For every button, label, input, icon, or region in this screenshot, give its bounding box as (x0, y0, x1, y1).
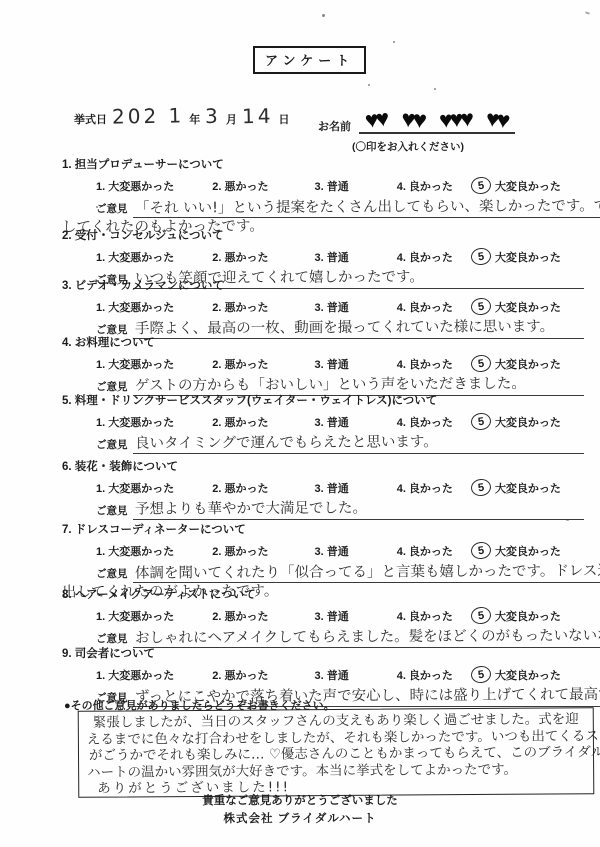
scan-speck (434, 88, 436, 90)
footer: 貴重なご意見ありがとうございました 株式会社 ブライダルハート (0, 792, 600, 826)
rating-option-5-selected: 5大変良かった (471, 607, 561, 624)
scan-speck (393, 41, 395, 43)
name-value-redacted: ♥♥ ♥♥ ♥♥♥ ♥♥ (359, 106, 515, 134)
rating-option-1: 1. 大変悪かった (96, 249, 174, 265)
rating-option-5-label: 大変良かった (495, 178, 561, 194)
rating-option-3: 3. 普通 (314, 178, 348, 194)
rating-option-4: 4. 良かった (397, 480, 453, 496)
scan-speck (585, 11, 590, 15)
question-section-1: 1. 担当プロデューサーについて 1. 大変悪かった 2. 悪かった 3. 普通… (62, 156, 584, 236)
comment-row: ご意見 体調を聞いてくれたり「似合ってる」と言葉も嬉しかったです。ドレス選び、ア… (96, 563, 584, 583)
section-title: 2. 受付・コンセルジュについて (62, 227, 584, 243)
rating-options: 1. 大変悪かった 2. 悪かった 3. 普通 4. 良かった 5大変良かった (96, 413, 584, 430)
rating-option-5-selected: 5大変良かった (471, 248, 561, 265)
wedding-date-day-suffix: 日 (278, 111, 289, 127)
rating-option-3: 3. 普通 (314, 667, 348, 683)
rating-option-5-label: 大変良かった (495, 299, 561, 315)
scan-speck (322, 14, 325, 17)
section-title: 4. お料理について (62, 334, 584, 350)
handwritten-comment: 予想よりも華やかで大満足でした。 (133, 500, 585, 520)
heart-scribble-icon: ♥♥♥ (438, 105, 471, 133)
comment-label: ご意見 (96, 201, 128, 218)
selection-circle-mark: 5 (470, 176, 492, 196)
wedding-date-day-value: 14 (242, 104, 274, 129)
rating-option-3: 3. 普通 (314, 543, 348, 559)
rating-option-3: 3. 普通 (314, 299, 348, 315)
section-title: 8. ヘアーメイクアーティストについて (62, 586, 584, 602)
handwritten-comment: 体調を聞いてくれたり「似合ってる」と言葉も嬉しかったです。ドレス選び、アクセサリ… (133, 563, 600, 583)
comment-label: ご意見 (96, 503, 128, 520)
rating-option-1: 1. 大変悪かった (96, 480, 174, 496)
rating-option-1: 1. 大変悪かった (96, 299, 174, 315)
rating-options: 1. 大変悪かった 2. 悪かった 3. 普通 4. 良かった 5大変良かった (96, 542, 584, 559)
selection-circle-mark: 5 (470, 412, 492, 432)
rating-option-1: 1. 大変悪かった (96, 608, 174, 624)
section-title: 9. 司会者について (62, 645, 584, 661)
heart-scribble-icon: ♥♥ (400, 105, 424, 134)
rating-option-1: 1. 大変悪かった (96, 356, 174, 372)
rating-option-2: 2. 悪かった (212, 299, 268, 315)
rating-option-5-selected: 5大変良かった (471, 355, 561, 372)
name-label: お名前 (318, 118, 351, 134)
rating-option-5-label: 大変良かった (495, 249, 561, 265)
rating-options: 1. 大変悪かった 2. 悪かった 3. 普通 4. 良かった 5大変良かった (96, 479, 584, 496)
selection-circle-mark: 5 (470, 354, 492, 374)
wedding-date-month-suffix: 月 (226, 111, 237, 127)
question-section-6: 6. 装花・装飾について 1. 大変悪かった 2. 悪かった 3. 普通 4. … (62, 458, 584, 520)
rating-option-4: 4. 良かった (397, 667, 453, 683)
rating-option-4: 4. 良かった (397, 414, 453, 430)
survey-page: アンケート 挙式日 202 1 年 3 月 14 日 お名前 ♥♥ ♥♥ ♥♥♥… (0, 0, 600, 847)
rating-option-5-label: 大変良かった (495, 608, 561, 624)
rating-option-4: 4. 良かった (397, 178, 453, 194)
handwritten-comment: 良いタイミングで運んでもらえたと思います。 (133, 434, 585, 454)
selection-circle-mark: 5 (470, 478, 492, 498)
rating-option-5-label: 大変良かった (495, 480, 561, 496)
name-field: お名前 ♥♥ ♥♥ ♥♥♥ ♥♥ (318, 106, 515, 134)
rating-option-3: 3. 普通 (314, 414, 348, 430)
rating-option-1: 1. 大変悪かった (96, 543, 174, 559)
wedding-date-line: 挙式日 202 1 年 3 月 14 日 (74, 104, 289, 128)
selection-circle-mark: 5 (470, 541, 492, 561)
rating-options: 1. 大変悪かった 2. 悪かった 3. 普通 4. 良かった 5大変良かった (96, 607, 584, 624)
section-title: 3. ビデオ・カメラマンについて (62, 277, 584, 293)
rating-option-3: 3. 普通 (314, 480, 348, 496)
heart-scribble-icon: ♥♥ (485, 105, 509, 133)
comment-label: ご意見 (96, 566, 128, 583)
rating-options: 1. 大変悪かった 2. 悪かった 3. 普通 4. 良かった 5大変良かった (96, 666, 584, 683)
section-title: 1. 担当プロデューサーについて (62, 156, 584, 172)
rating-options: 1. 大変悪かった 2. 悪かった 3. 普通 4. 良かった 5大変良かった (96, 298, 584, 315)
selection-circle-mark: 5 (470, 665, 492, 685)
survey-title: アンケート (253, 46, 366, 74)
rating-option-2: 2. 悪かった (212, 414, 268, 430)
rating-option-5-label: 大変良かった (495, 356, 561, 372)
wedding-date-month-value: 3 (205, 104, 221, 128)
question-section-5: 5. 料理・ドリンクサービススタッフ(ウェイター・ウェイトレス)について 1. … (62, 392, 584, 454)
selection-circle-mark: 5 (470, 297, 492, 317)
rating-option-4: 4. 良かった (397, 356, 453, 372)
rating-option-1: 1. 大変悪かった (96, 178, 174, 194)
rating-option-5-selected: 5大変良かった (471, 666, 561, 683)
handwritten-comment: 「それ いい!」という提案をたくさん出してもらい、楽しかったです。でも私たちの意… (133, 198, 600, 218)
rating-option-5-selected: 5大変良かった (471, 413, 561, 430)
rating-option-2: 2. 悪かった (212, 608, 268, 624)
footer-thanks-text: 貴重なご意見ありがとうございました (0, 792, 600, 808)
rating-option-5-selected: 5大変良かった (471, 542, 561, 559)
rating-option-1: 1. 大変悪かった (96, 414, 174, 430)
selection-circle-mark: 5 (470, 606, 492, 626)
question-section-8: 8. ヘアーメイクアーティストについて 1. 大変悪かった 2. 悪かった 3.… (62, 586, 584, 648)
rating-option-5-label: 大変良かった (495, 667, 561, 683)
heart-scribble-icon: ♥♥ (363, 105, 387, 133)
rating-option-4: 4. 良かった (397, 608, 453, 624)
selection-circle-mark: 5 (470, 247, 492, 267)
rating-option-4: 4. 良かった (397, 249, 453, 265)
rating-option-3: 3. 普通 (314, 608, 348, 624)
comment-row: ご意見 予想よりも華やかで大満足でした。 (96, 500, 584, 520)
handwritten-other-line: ハートの温かい雰囲気が大好きです。本当に挙式をしてよかったです。 (87, 761, 585, 781)
question-section-4: 4. お料理について 1. 大変悪かった 2. 悪かった 3. 普通 4. 良か… (62, 334, 584, 396)
rating-option-5-label: 大変良かった (495, 543, 561, 559)
footer-company-name: 株式会社 ブライダルハート (0, 810, 600, 826)
question-section-3: 3. ビデオ・カメラマンについて 1. 大変悪かった 2. 悪かった 3. 普通… (62, 277, 584, 339)
rating-option-2: 2. 悪かった (212, 667, 268, 683)
wedding-date-year-value: 202 1 (112, 103, 185, 128)
scan-speck (368, 84, 370, 86)
rating-option-3: 3. 普通 (314, 356, 348, 372)
other-comments-box: 緊張しましたが、当日のスタッフさんの支えもあり楽しく過ごせました。式を迎 えるま… (78, 707, 595, 798)
rating-option-2: 2. 悪かった (212, 543, 268, 559)
section-title: 7. ドレスコーディネーターについて (62, 521, 584, 537)
rating-option-2: 2. 悪かった (212, 356, 268, 372)
rating-option-2: 2. 悪かった (212, 480, 268, 496)
rating-option-5-selected: 5大変良かった (471, 298, 561, 315)
wedding-date-year-suffix: 年 (189, 111, 200, 127)
rating-options: 1. 大変悪かった 2. 悪かった 3. 普通 4. 良かった 5大変良かった (96, 177, 584, 194)
section-title: 5. 料理・ドリンクサービススタッフ(ウェイター・ウェイトレス)について (62, 392, 584, 408)
comment-row: ご意見 良いタイミングで運んでもらえたと思います。 (96, 434, 584, 454)
circle-mark-note: (〇印をお入れください) (352, 139, 464, 154)
rating-options: 1. 大変悪かった 2. 悪かった 3. 普通 4. 良かった 5大変良かった (96, 248, 584, 265)
rating-option-2: 2. 悪かった (212, 178, 268, 194)
rating-options: 1. 大変悪かった 2. 悪かった 3. 普通 4. 良かった 5大変良かった (96, 355, 584, 372)
rating-option-5-selected: 5大変良かった (471, 479, 561, 496)
rating-option-5-label: 大変良かった (495, 414, 561, 430)
rating-option-4: 4. 良かった (397, 299, 453, 315)
comment-row: ご意見 「それ いい!」という提案をたくさん出してもらい、楽しかったです。でも私… (96, 198, 584, 218)
wedding-date-label: 挙式日 (74, 111, 107, 127)
rating-option-4: 4. 良かった (397, 543, 453, 559)
rating-option-1: 1. 大変悪かった (96, 667, 174, 683)
rating-option-5-selected: 5大変良かった (471, 177, 561, 194)
rating-option-2: 2. 悪かった (212, 249, 268, 265)
section-title: 6. 装花・装飾について (62, 458, 584, 474)
rating-option-3: 3. 普通 (314, 249, 348, 265)
comment-label: ご意見 (96, 437, 128, 454)
